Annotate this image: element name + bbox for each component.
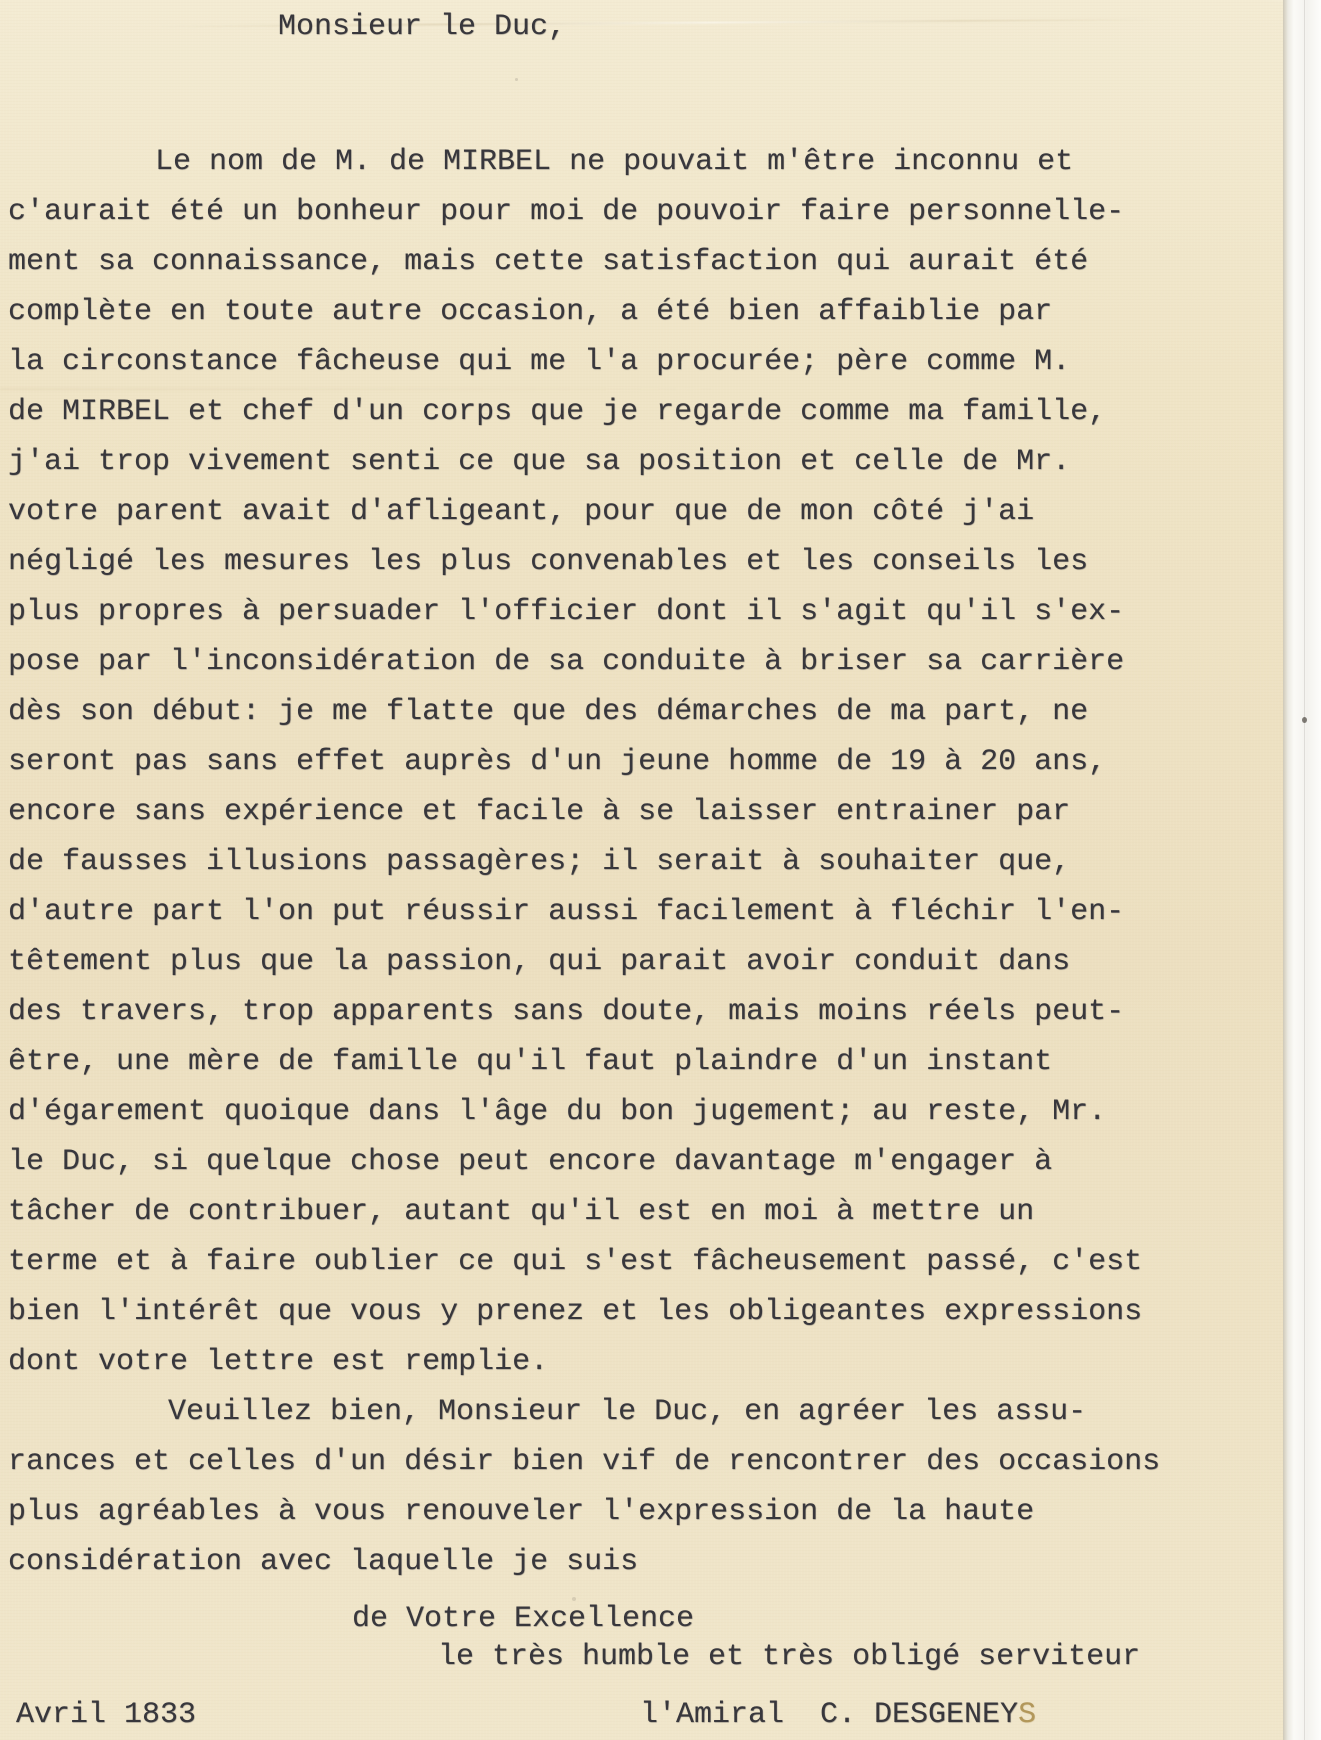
letter-line: dont votre lettre est remplie. bbox=[8, 1337, 1288, 1387]
letter-line: bien l'intérêt que vous y prenez et les … bbox=[8, 1287, 1288, 1337]
signature-final-letter: S bbox=[1018, 1698, 1036, 1732]
scanner-edge-strip bbox=[1283, 0, 1321, 1740]
paper-speck bbox=[515, 78, 518, 81]
signature: l'Amiral C. DESGENEYS bbox=[640, 1690, 1036, 1740]
letter-line: tâcher de contribuer, autant qu'il est e… bbox=[8, 1187, 1288, 1237]
letter-line: d'autre part l'on put réussir aussi faci… bbox=[8, 887, 1288, 937]
letter-body: Le nom de M. de MIRBEL ne pouvait m'être… bbox=[8, 137, 1288, 1587]
letter-date: Avril 1833 bbox=[16, 1690, 196, 1740]
letter-line: le Duc, si quelque chose peut encore dav… bbox=[8, 1137, 1288, 1187]
closing-formula-line2: le très humble et très obligé serviteur bbox=[438, 1632, 1140, 1682]
letter-line: c'aurait été un bonheur pour moi de pouv… bbox=[8, 187, 1288, 237]
letter-line: plus agréables à vous renouveler l'expre… bbox=[8, 1487, 1288, 1537]
letter-line: terme et à faire oublier ce qui s'est fâ… bbox=[8, 1237, 1288, 1287]
letter-line: Veuillez bien, Monsieur le Duc, en agrée… bbox=[8, 1387, 1288, 1437]
paper-speck bbox=[572, 1597, 576, 1601]
letter-line: plus propres à persuader l'officier dont… bbox=[8, 587, 1288, 637]
letter-line: votre parent avait d'afligeant, pour que… bbox=[8, 487, 1288, 537]
letter-line: j'ai trop vivement senti ce que sa posit… bbox=[8, 437, 1288, 487]
letter-line: des travers, trop apparents sans doute, … bbox=[8, 987, 1288, 1037]
letter-line: encore sans expérience et facile à se la… bbox=[8, 787, 1288, 837]
letter-line: dès son début: je me flatte que des déma… bbox=[8, 687, 1288, 737]
letter-line: ment sa connaissance, mais cette satisfa… bbox=[8, 237, 1288, 287]
letter-line: négligé les mesures les plus convenables… bbox=[8, 537, 1288, 587]
letter-line: d'égarement quoique dans l'âge du bon ju… bbox=[8, 1087, 1288, 1137]
letter-line: Le nom de M. de MIRBEL ne pouvait m'être… bbox=[8, 137, 1288, 187]
letter-line: seront pas sans effet auprès d'un jeune … bbox=[8, 737, 1288, 787]
letter-line: complète en toute autre occasion, a été … bbox=[8, 287, 1288, 337]
letter-line: la circonstance fâcheuse qui me l'a proc… bbox=[8, 337, 1288, 387]
letter-line: considération avec laquelle je suis bbox=[8, 1537, 1288, 1587]
letter-line: pose par l'inconsidération de sa conduit… bbox=[8, 637, 1288, 687]
letter-line: têtement plus que la passion, qui parait… bbox=[8, 937, 1288, 987]
letter-line: rances et celles d'un désir bien vif de … bbox=[8, 1437, 1288, 1487]
signature-name: l'Amiral C. DESGENEY bbox=[640, 1698, 1018, 1732]
paper-speck bbox=[1302, 717, 1307, 723]
scanner-edge-line bbox=[1304, 0, 1305, 1740]
letter-line: de MIRBEL et chef d'un corps que je rega… bbox=[8, 387, 1288, 437]
scanned-letter: Monsieur le Duc, Le nom de M. de MIRBEL … bbox=[0, 0, 1321, 1740]
letter-line: de fausses illusions passagères; il sera… bbox=[8, 837, 1288, 887]
letter-line: être, une mère de famille qu'il faut pla… bbox=[8, 1037, 1288, 1087]
salutation: Monsieur le Duc, bbox=[278, 2, 566, 52]
